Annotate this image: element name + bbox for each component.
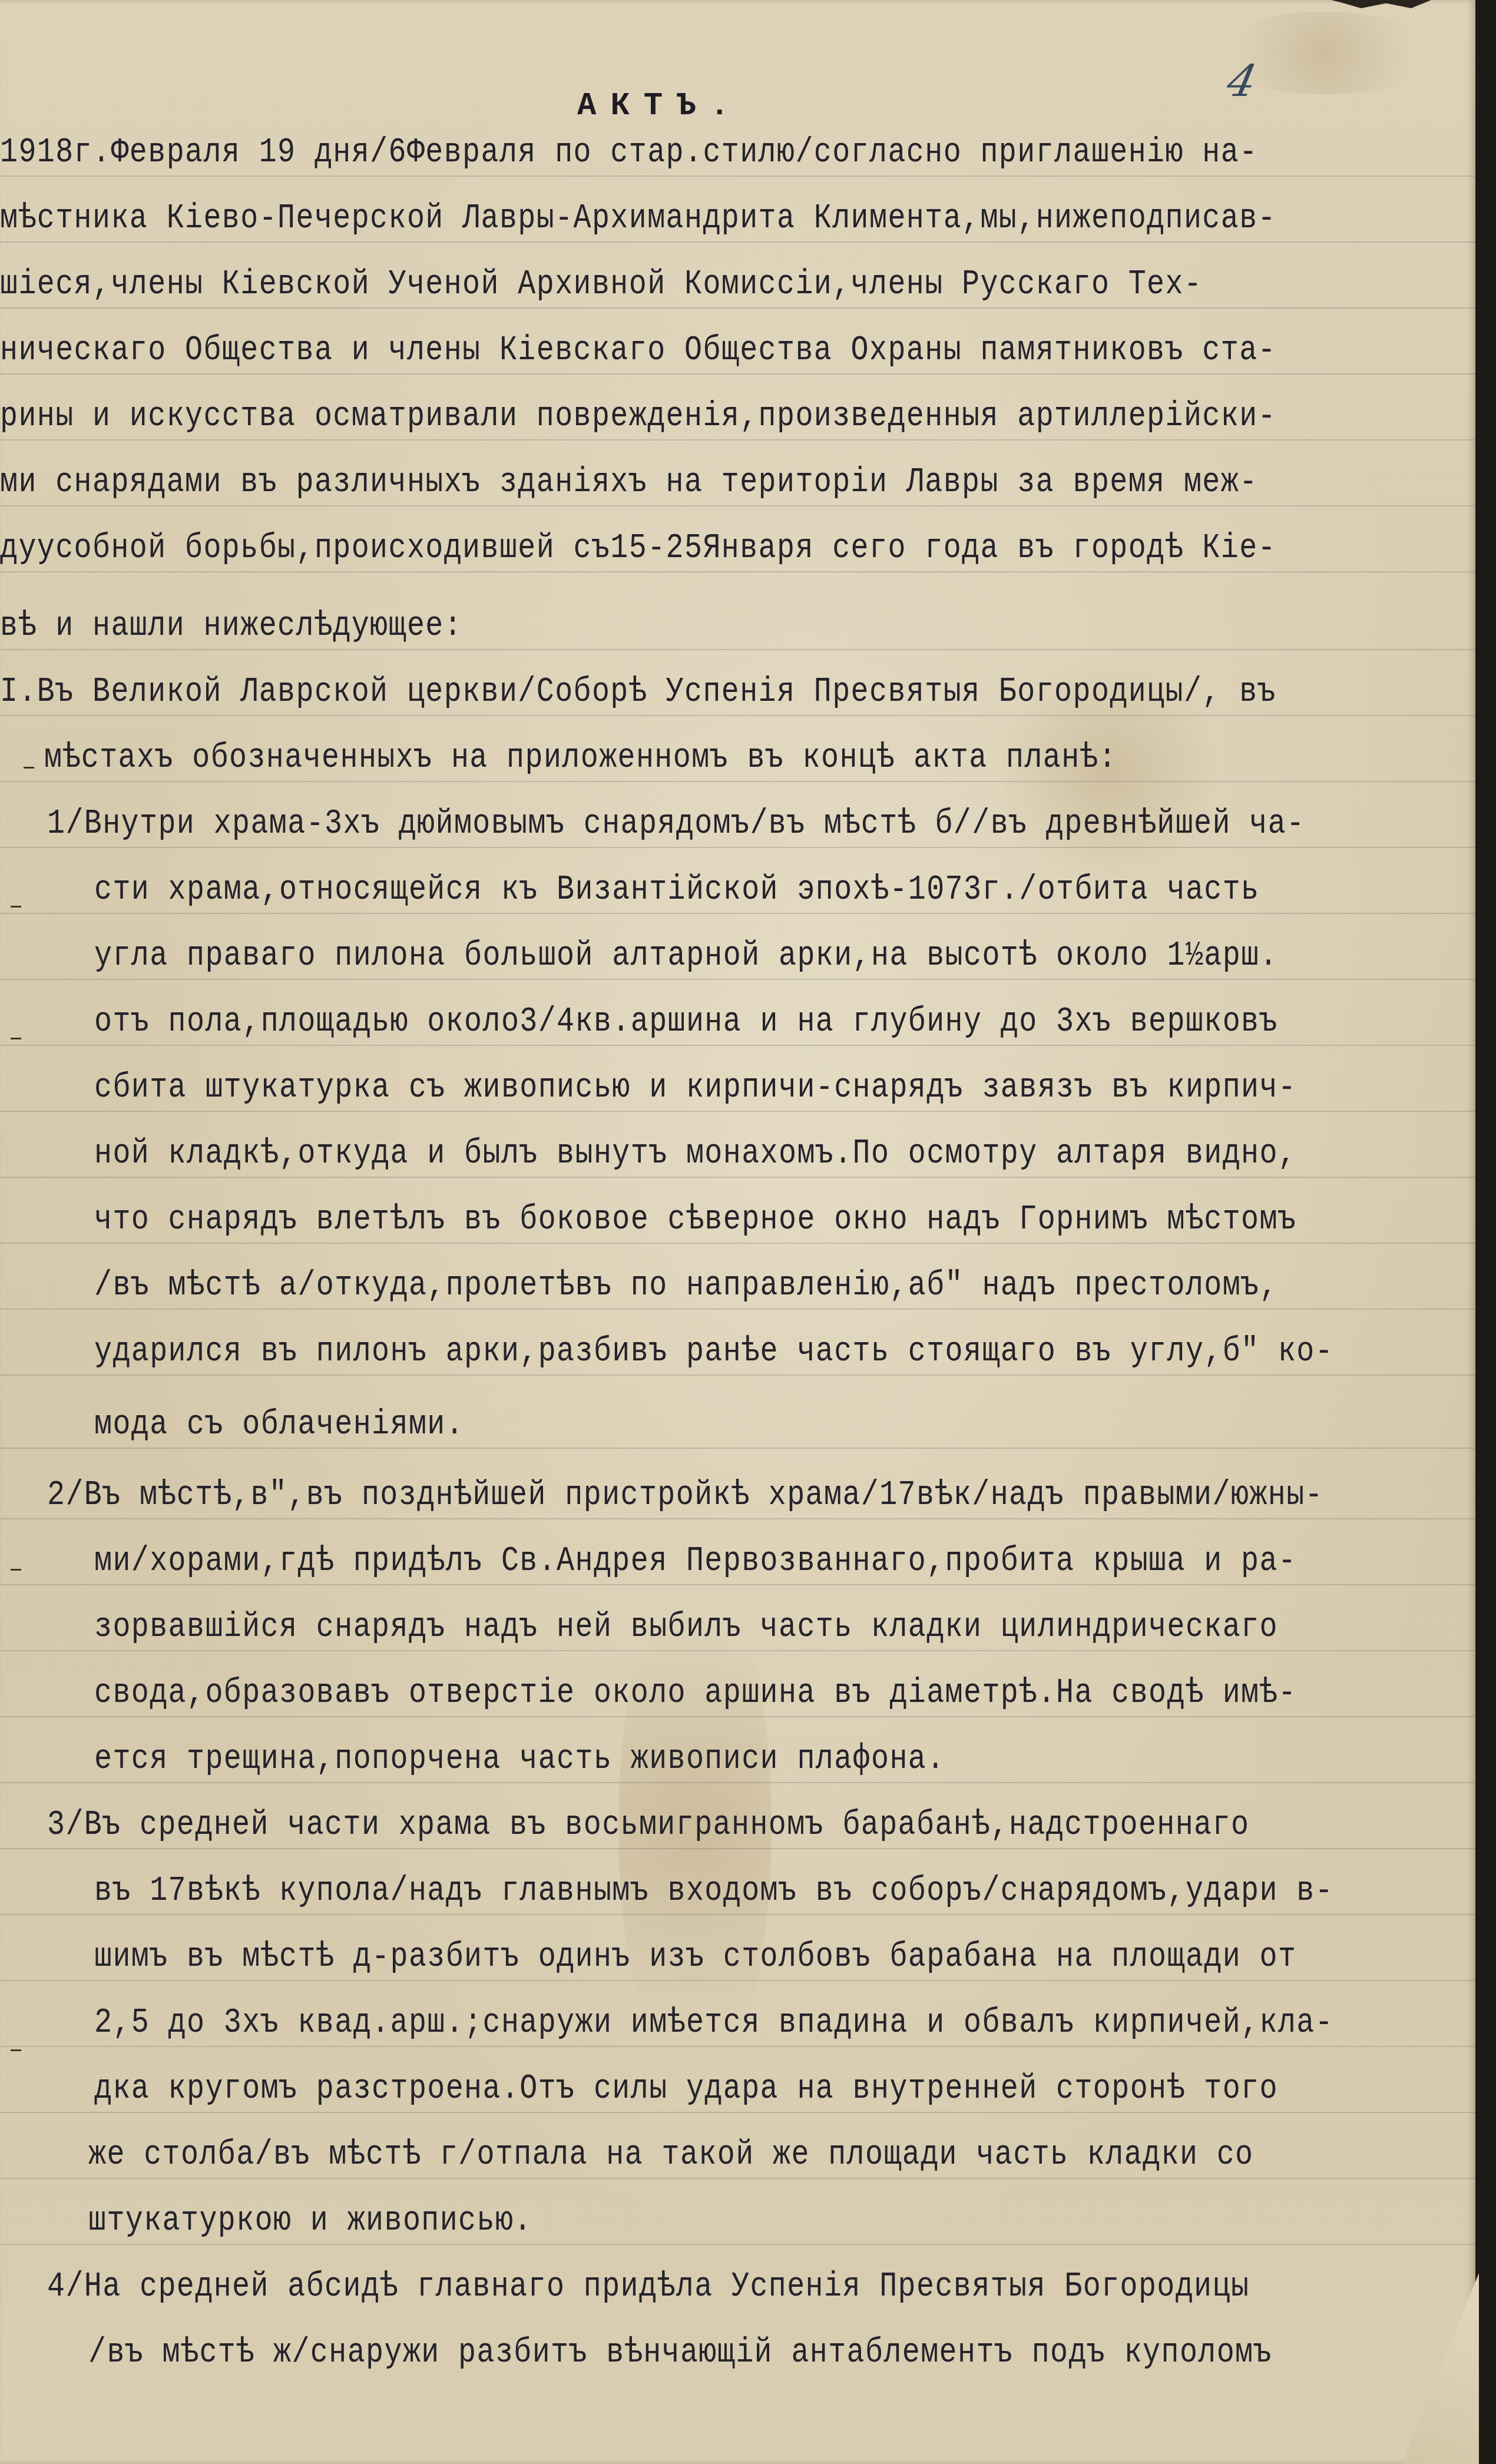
ruling-line xyxy=(0,1177,1475,1178)
text-line: зорвавшійся снарядъ надъ ней выбилъ част… xyxy=(94,1607,1278,1649)
text-line: шіеся,члены Кіевской Ученой Архивной Ком… xyxy=(0,264,1202,306)
text-line: мода съ облаченіями. xyxy=(94,1405,464,1446)
ruling-line xyxy=(0,1650,1475,1651)
ruling-line xyxy=(0,1243,1475,1244)
section-heading: I.Въ Великой Лаврской церкви/Соборѣ Успе… xyxy=(0,672,1276,714)
ruling-line xyxy=(0,1782,1475,1783)
document-page: 4 АКТЪ. 1918г.Февраля 19 дня/6Февраля по… xyxy=(0,0,1475,2464)
ruling-line xyxy=(0,307,1475,309)
torn-edge xyxy=(1331,0,1431,8)
ruling-line xyxy=(0,175,1475,177)
text-line: штукатуркою и живописью. xyxy=(88,2201,532,2243)
ruling-line xyxy=(0,571,1475,572)
list-item-4: 4/На средней абсидѣ главнаго придѣла Усп… xyxy=(47,2267,1249,2309)
ruling-line xyxy=(0,715,1475,716)
text-line: дка кругомъ разстроена.Отъ силы удара на… xyxy=(94,2069,1278,2111)
ruling-line xyxy=(0,913,1475,914)
text-line: дуусобной борьбы,происходившей съ15-25Ян… xyxy=(0,528,1276,570)
ruling-line xyxy=(0,1375,1475,1376)
ruling-line xyxy=(0,1448,1475,1449)
text-line: ническаго Общества и члены Кіевскаго Общ… xyxy=(0,330,1276,372)
margin-dash xyxy=(24,767,34,769)
text-line: же столба/въ мѣстѣ г/отпала на такой же … xyxy=(88,2135,1254,2177)
ruling-line xyxy=(0,373,1475,375)
list-item-1: 1/Внутри храма-3хъ дюймовымъ снарядомъ/в… xyxy=(47,804,1305,846)
margin-dash xyxy=(11,2049,21,2051)
text-line: сбита штукатурка съ живописью и кирпичи-… xyxy=(94,1068,1296,1110)
ruling-line xyxy=(0,649,1475,650)
text-line: /въ мѣстѣ ж/снаружи разбитъ вѣнчающій ан… xyxy=(88,2333,1272,2374)
ruling-line xyxy=(0,781,1475,782)
text-line: шимъ въ мѣстѣ д-разбитъ одинъ изъ столбо… xyxy=(94,1937,1296,1979)
ruling-line xyxy=(0,979,1475,980)
margin-dash xyxy=(11,1569,21,1571)
ruling-line xyxy=(0,1111,1475,1112)
ruling-line xyxy=(0,1980,1475,1981)
list-item-2: 2/Въ мѣстѣ,в",въ позднѣйшей пристройкѣ х… xyxy=(47,1475,1323,1517)
ruling-line xyxy=(0,1309,1475,1310)
text-line: мѣстника Кіево-Печерской Лавры-Архимандр… xyxy=(0,198,1276,240)
ruling-line xyxy=(0,1584,1475,1585)
text-line: ми/хорами,гдѣ придѣлъ Св.Андрея Первозва… xyxy=(94,1541,1296,1583)
folded-corner xyxy=(1402,2273,1479,2464)
margin-dash xyxy=(11,1038,21,1039)
margin-dash xyxy=(11,906,21,908)
text-line: свода,образовавъ отверстіе около аршина … xyxy=(94,1673,1296,1715)
text-line: ударился въ пилонъ арки,разбивъ ранѣе ча… xyxy=(94,1332,1333,1373)
text-line: ми снарядами въ различныхъ зданіяхъ на т… xyxy=(0,462,1258,504)
ruling-line xyxy=(0,2178,1475,2179)
ruling-line xyxy=(0,1518,1475,1519)
text-line: что снарядъ влетѣлъ въ боковое сѣверное … xyxy=(94,1200,1296,1241)
list-item-3: 3/Въ средней части храма въ восьмигранно… xyxy=(47,1805,1249,1847)
ruling-line xyxy=(0,1045,1475,1046)
ruling-line xyxy=(0,241,1475,243)
text-line: мѣстахъ обозначенныхъ на приложенномъ въ… xyxy=(44,738,1117,780)
text-line: 1918г.Февраля 19 дня/6Февраля по стар.ст… xyxy=(0,133,1258,174)
text-line: /въ мѣстѣ а/откуда,пролетѣвъ по направле… xyxy=(94,1266,1278,1307)
ruling-line xyxy=(0,2244,1475,2245)
ruling-line xyxy=(0,847,1475,848)
ruling-line xyxy=(0,1914,1475,1915)
text-line: сти храма,относящейся къ Византійской эп… xyxy=(94,870,1260,912)
text-line: отъ пола,площадью около3/4кв.аршина и на… xyxy=(94,1002,1278,1044)
ruling-line xyxy=(0,1848,1475,1849)
text-line: 2,5 до 3хъ квад.арш.;снаружи имѣется впа… xyxy=(94,2003,1333,2045)
text-line: въ 17вѣкѣ купола/надъ главнымъ входомъ в… xyxy=(94,1871,1333,1913)
ruling-line xyxy=(0,439,1475,441)
ruling-line xyxy=(0,2112,1475,2113)
document-title: АКТЪ. xyxy=(577,88,743,124)
ruling-line xyxy=(0,505,1475,506)
ruling-line xyxy=(0,1716,1475,1717)
text-line: вѣ и нашли нижеслѣдующее: xyxy=(0,606,462,648)
text-line: ной кладкѣ,откуда и былъ вынутъ монахомъ… xyxy=(94,1134,1296,1175)
text-line: ется трещина,попорчена часть живописи пл… xyxy=(94,1739,945,1781)
folio-number: 4 xyxy=(1223,56,1261,107)
ruling-line xyxy=(0,2046,1475,2047)
text-line: рины и искусства осматривали поврежденія… xyxy=(0,396,1276,438)
text-line: угла праваго пилона большой алтарной арк… xyxy=(94,936,1278,978)
